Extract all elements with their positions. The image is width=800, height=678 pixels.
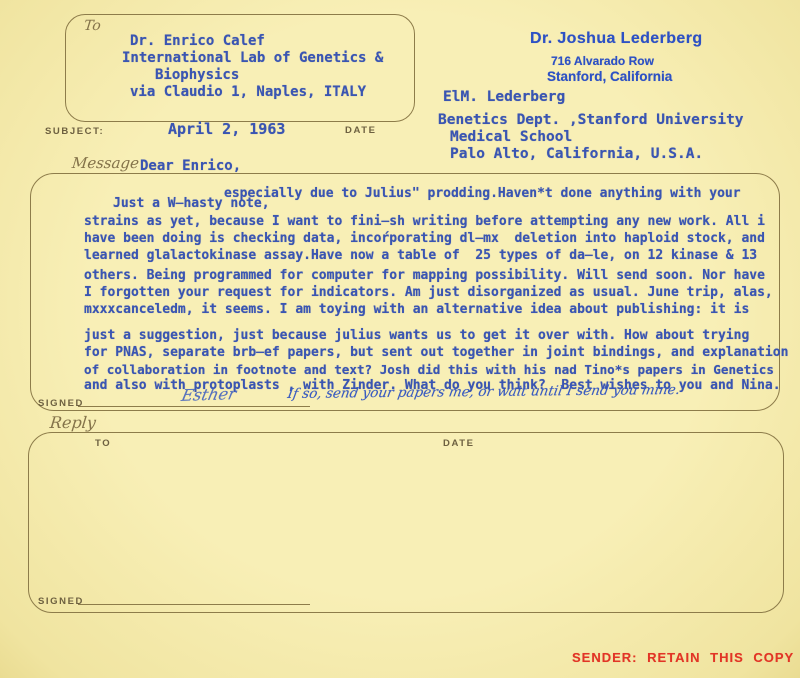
signed-label: SIGNED xyxy=(38,398,84,409)
message-line: for PNAS, separate brb̶ef papers, but se… xyxy=(84,345,788,360)
recipient-line: International Lab of Genetics & xyxy=(122,50,383,66)
message-label: Message xyxy=(71,154,140,172)
sender-typed-line: Benetics Dept. ,Stanford University xyxy=(438,112,744,128)
message-line: others. Being programmed for computer fo… xyxy=(84,268,765,283)
message-line: mxxxcanceledm, it seems. I am toying wit… xyxy=(84,302,749,317)
sender-street: 716 Alvarado Row xyxy=(551,54,654,68)
reply-date-label: DATE xyxy=(443,438,475,449)
memo-carbon-copy-page: To Dr. Enrico Calef International Lab of… xyxy=(0,0,800,678)
signature-handwritten: Esther xyxy=(180,384,238,405)
sender-typed-line: Medical School xyxy=(450,129,572,145)
subject-label: SUBJECT: xyxy=(45,126,104,137)
reply-box xyxy=(28,432,784,613)
reply-label: Reply xyxy=(49,413,97,432)
signed-bottom-underline xyxy=(78,604,310,605)
recipient-line: Biophysics xyxy=(155,67,239,83)
message-line: I forgotten your request for indicators.… xyxy=(84,285,773,300)
message-line: Just a W̶hasty note, xyxy=(113,196,270,211)
message-line: strains as yet, because I want to fini̶s… xyxy=(84,214,765,229)
message-line: of collaboration in footnote and text? J… xyxy=(84,362,774,377)
reply-to-label: TO xyxy=(95,438,111,449)
signed-underline xyxy=(78,406,310,407)
sender-retain-note: SENDER: RETAIN THIS COPY xyxy=(572,650,794,665)
sender-name: Dr. Joshua Lederberg xyxy=(530,30,703,48)
message-line: have been doing is checking data, incoŕp… xyxy=(84,231,765,246)
message-line: especially due to Julius" prodding.Haven… xyxy=(224,186,741,201)
sender-typed-line: ElM. Lederberg xyxy=(443,89,565,105)
to-label: To xyxy=(83,18,101,34)
message-line: just a suggestion, just because julius w… xyxy=(84,328,749,343)
signed-bottom-label: SIGNED xyxy=(38,596,84,607)
sender-city: Stanford, California xyxy=(547,69,672,84)
recipient-line: via Claudio 1, Naples, ITALY xyxy=(130,84,366,100)
date-label: DATE xyxy=(345,125,377,136)
date-value: April 2, 1963 xyxy=(168,120,285,138)
message-line: learned glalactokinase assay.Have now a … xyxy=(84,248,757,263)
message-salutation: Dear Enrico, xyxy=(140,158,241,174)
to-address-box xyxy=(65,14,415,122)
sender-typed-line: Palo Alto, California, U.S.A. xyxy=(450,146,703,162)
recipient-line: Dr. Enrico Calef xyxy=(130,33,265,49)
